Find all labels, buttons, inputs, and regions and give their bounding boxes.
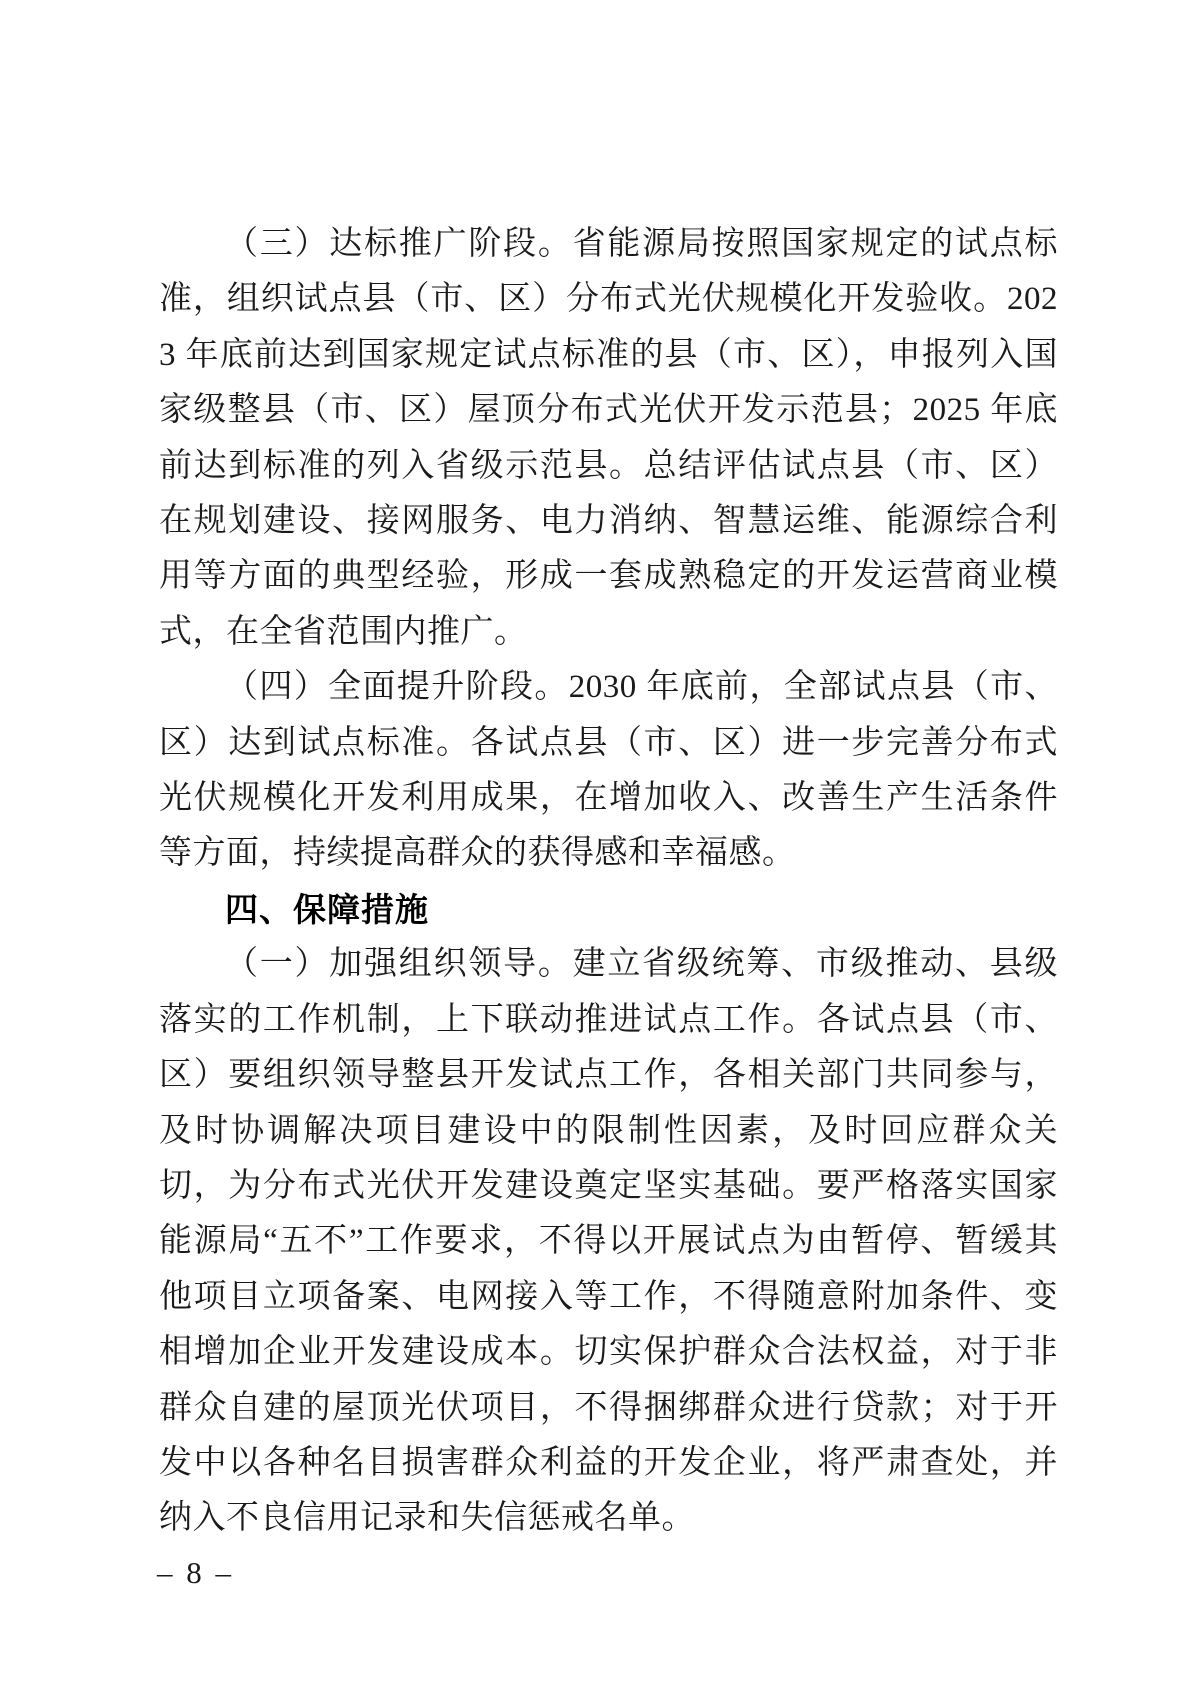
section-heading-safeguard-measures: 四、保障措施	[159, 882, 1058, 937]
paragraph-org-leadership: （一）加强组织领导。建立省级统筹、市级推动、县级落实的工作机制，上下联动推进试点…	[159, 937, 1058, 1546]
document-page: （三）达标推广阶段。省能源局按照国家规定的试点标准，组织试点县（市、区）分布式光…	[0, 0, 1200, 1697]
paragraph-stage-three: （三）达标推广阶段。省能源局按照国家规定的试点标准，组织试点县（市、区）分布式光…	[159, 217, 1058, 660]
page-number: – 8 –	[157, 1554, 234, 1592]
paragraph-stage-four: （四）全面提升阶段。2030 年底前，全部试点县（市、区）达到试点标准。各试点县…	[159, 660, 1058, 882]
document-content: （三）达标推广阶段。省能源局按照国家规定的试点标准，组织试点县（市、区）分布式光…	[159, 217, 1058, 1547]
